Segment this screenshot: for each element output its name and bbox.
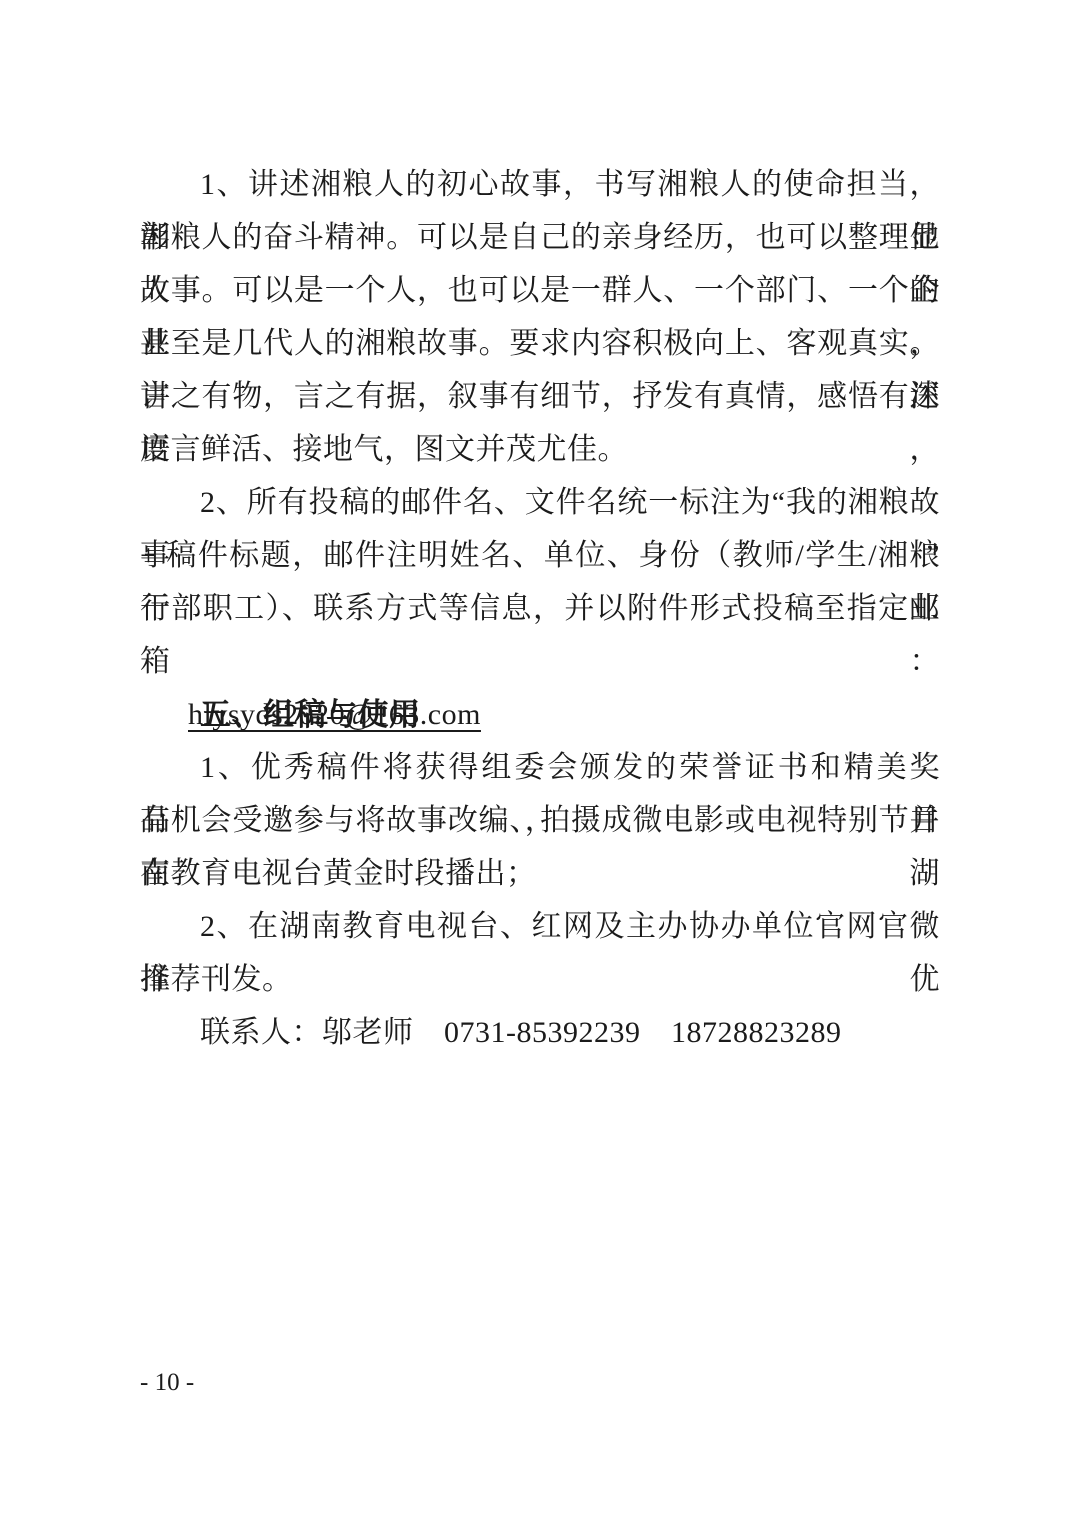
- paragraph-line: 1、讲述湘粮人的初心故事，书写湘粮人的使命担当，彰显: [140, 158, 940, 211]
- paragraph-line: + 稿件标题，邮件注明姓名、单位、身份（教师/学生/湘粮行业: [140, 529, 940, 582]
- paragraph-line: 2、在湖南教育电视台、红网及主办协办单位官网官微择优: [140, 900, 940, 953]
- contact-line: 联系人：邬老师 0731-85392239 18728823289: [140, 1006, 940, 1059]
- paragraph-line: 1、优秀稿件将获得组委会颁发的荣誉证书和精美奖品，并: [140, 741, 940, 794]
- page-body-text: 1、讲述湘粮人的初心故事，书写湘粮人的使命担当，彰显 湘粮人的奋斗精神。可以是自…: [140, 158, 940, 1059]
- paragraph-line: 言之有物，言之有据，叙事有细节，抒发有真情，感悟有深度，: [140, 370, 940, 423]
- section-heading: 五、组稿与使用: [140, 688, 940, 741]
- paragraph-line: 故事。可以是一个人，也可以是一群人、一个部门、一个企业，: [140, 264, 940, 317]
- paragraph-line: 湘粮人的奋斗精神。可以是自己的亲身经历，也可以整理他人的: [140, 211, 940, 264]
- paragraph-line: 甚至是几代人的湘粮故事。要求内容积极向上、客观真实。讲述: [140, 317, 940, 370]
- paragraph-line: 有机会受邀参与将故事改编、拍摄成微电影或电视特别节目在湖: [140, 794, 940, 847]
- document-page: 1、讲述湘粮人的初心故事，书写湘粮人的使命担当，彰显 湘粮人的奋斗精神。可以是自…: [0, 0, 1080, 1528]
- paragraph-line: 干部职工）、联系方式等信息，并以附件形式投稿至指定邮箱：: [140, 582, 940, 635]
- paragraph-line: 2、所有投稿的邮件名、文件名统一标注为“我的湘粮故事”: [140, 476, 940, 529]
- page-number: - 10 -: [140, 1368, 194, 1398]
